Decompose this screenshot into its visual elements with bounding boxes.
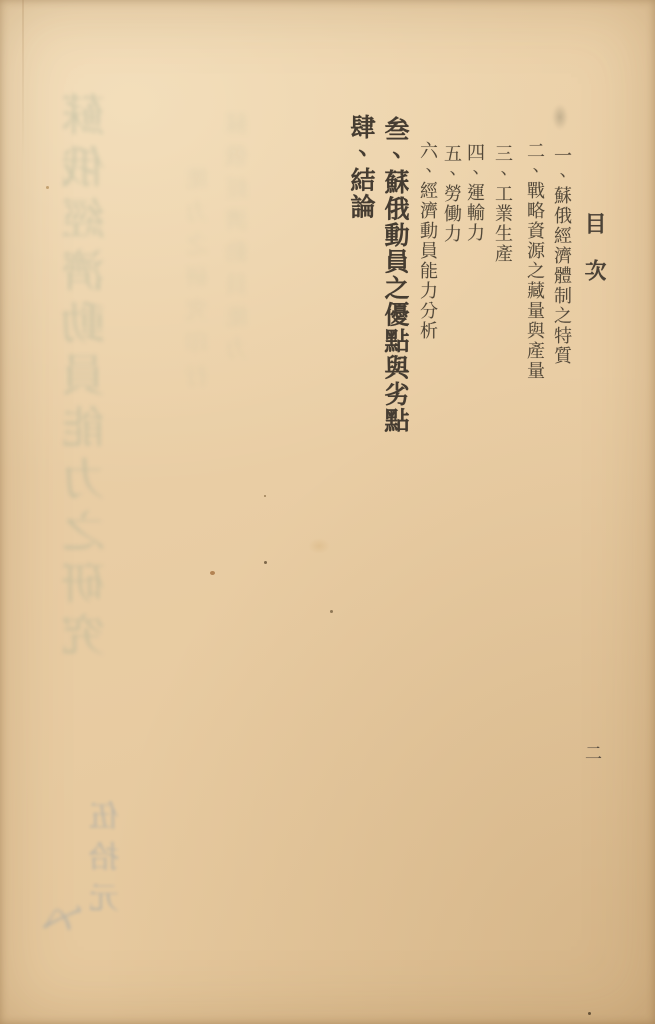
foxing-speck (264, 495, 266, 497)
foxing-speck (46, 186, 49, 189)
ink-smudge (552, 104, 568, 130)
toc-heading: 目次 (579, 212, 610, 306)
blue-ink-stroke: 〆 (35, 883, 91, 948)
paper-crease (22, 0, 24, 160)
blue-ink-marks: 伍拾元 (86, 800, 130, 923)
toc-entry-1: 一、蘇俄經濟體制之特質 (548, 146, 574, 366)
foxing-speck (210, 571, 215, 575)
foxing-speck (330, 610, 333, 613)
page-number: 二 (579, 744, 604, 761)
bleedthrough-faint-column: 蘇俄經濟動員能力 (222, 112, 255, 368)
bleedthrough-faint-column: 能力之研究印行 (182, 166, 215, 397)
toc-entry-6: 六、經濟動員能力分析 (414, 141, 440, 341)
toc-entry-5: 五、勞働力 (438, 144, 464, 244)
toc-entry-7: 叁、蘇俄動員之優點與劣點 (377, 116, 413, 434)
foxing-stain (308, 538, 330, 554)
bleedthrough-title-column: 蘇俄經濟動員能力之研究 (56, 92, 120, 664)
scanned-book-page: 蘇俄經濟動員能力之研究 蘇俄經濟動員能力 能力之研究印行 伍拾元 〆 目次 一、… (0, 0, 655, 1024)
foxing-speck (264, 561, 267, 564)
toc-entry-8: 肆、結論 (343, 114, 379, 220)
foxing-speck (588, 1012, 591, 1015)
toc-entry-3: 三、工業生產 (489, 144, 515, 264)
toc-entry-2: 二、戰略資源之藏量與產量 (521, 141, 547, 381)
toc-entry-4: 四、運輸力 (461, 143, 487, 243)
